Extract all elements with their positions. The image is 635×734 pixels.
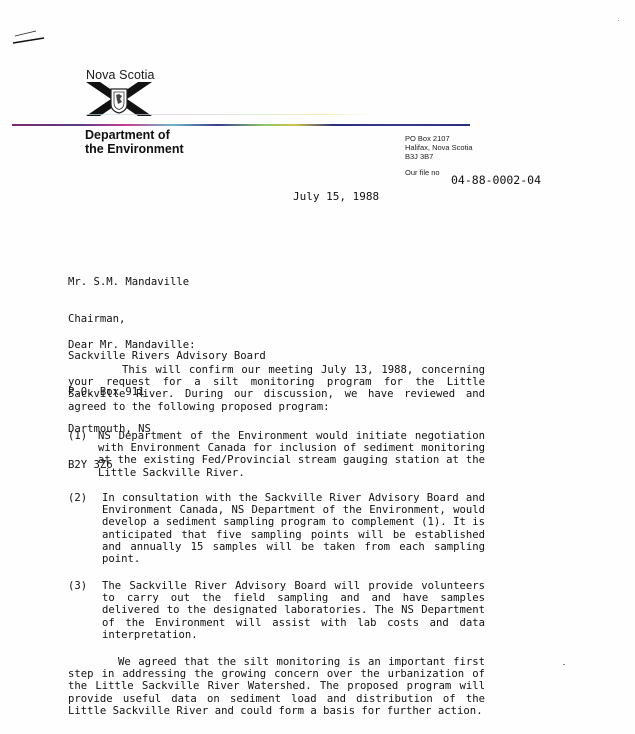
nova-scotia-flag-logo-icon bbox=[86, 82, 152, 116]
item-number: (3) bbox=[68, 580, 87, 592]
scan-speck bbox=[618, 20, 619, 21]
item-text: The Sackville River Advisory Board will … bbox=[102, 580, 485, 641]
recipient-name: Mr. S.M. Mandaville bbox=[68, 276, 266, 288]
department-address: PO Box 2107 Halifax, Nova Scotia B3J 3B7 bbox=[405, 134, 473, 161]
item-number: (2) bbox=[68, 492, 87, 504]
intro-paragraph: This will confirm our meeting July 13, 1… bbox=[68, 364, 485, 413]
file-number-label: Our file no bbox=[405, 168, 440, 177]
department-line-1: Department of bbox=[85, 128, 184, 142]
recipient-title: Chairman, bbox=[68, 313, 266, 325]
letterhead-rule bbox=[12, 124, 470, 126]
file-number: 04-88-0002-04 bbox=[451, 173, 541, 187]
address-line-3: B3J 3B7 bbox=[405, 152, 473, 161]
item-number: (1) bbox=[68, 430, 87, 442]
pen-mark bbox=[12, 30, 48, 44]
letterhead-accent-line bbox=[86, 114, 376, 115]
address-line-2: Halifax, Nova Scotia bbox=[405, 143, 473, 152]
department-name: Department of the Environment bbox=[85, 128, 184, 156]
item-text: In consultation with the Sackville River… bbox=[102, 492, 485, 565]
closing-paragraph: We agreed that the silt monitoring is an… bbox=[68, 656, 485, 717]
letter-page: Nova Scotia Department of the Environmen… bbox=[0, 0, 635, 734]
scan-speck bbox=[563, 664, 565, 665]
province-name: Nova Scotia bbox=[86, 68, 155, 82]
letter-date: July 15, 1988 bbox=[293, 190, 379, 203]
recipient-organization: Sackville Rivers Advisory Board bbox=[68, 350, 266, 362]
item-text: NS Department of the Environment would i… bbox=[98, 430, 485, 479]
department-line-2: the Environment bbox=[85, 142, 184, 156]
salutation: Dear Mr. Mandaville: bbox=[68, 339, 196, 351]
address-line-1: PO Box 2107 bbox=[405, 134, 473, 143]
